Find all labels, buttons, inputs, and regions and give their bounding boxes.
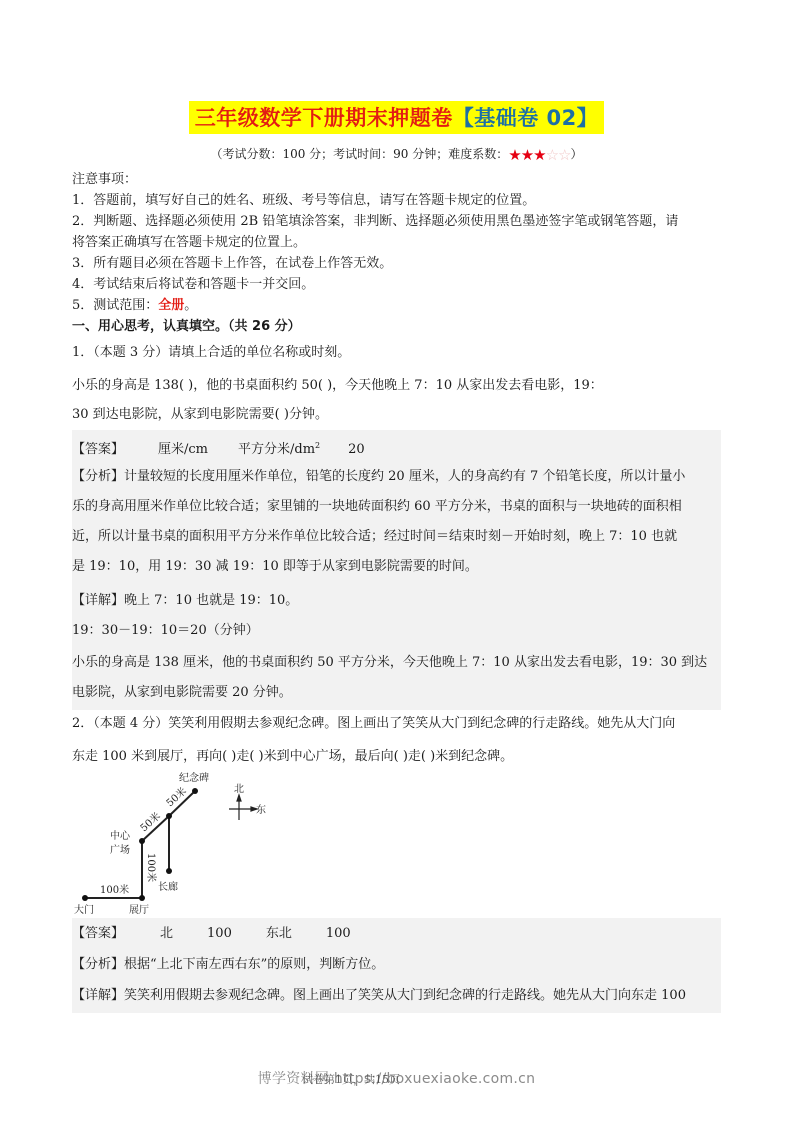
answer-value: 100 xyxy=(326,924,351,944)
detail-text: 笑笑利用假期去参观纪念碑。图上画出了笑笑从大门到纪念碑的行走路线。她先从大门向东… xyxy=(124,988,686,1003)
note-item: 4．考试结束后将试卷和答题卡一并交回。 xyxy=(72,275,314,295)
compass-east-label: 东 xyxy=(256,803,266,816)
gallery-label: 长廊 xyxy=(158,880,178,893)
q1-answer: 【答案】厘米/cm平方分米/dm220 xyxy=(72,436,365,460)
scope-value: 全册 xyxy=(158,298,184,313)
compass-north-label: 北 xyxy=(234,783,244,795)
segment-label: 100米 xyxy=(145,853,158,882)
monument-point xyxy=(192,788,198,794)
page-number: 试卷第1页，共15页 xyxy=(302,1071,400,1087)
answer-value: 东北 xyxy=(266,924,292,944)
answer-tag: 【答案】 xyxy=(72,926,124,941)
detail-tag: 【详解】 xyxy=(72,988,124,1003)
junction-point xyxy=(166,813,172,819)
answer-value: 厘米/cm xyxy=(158,440,208,460)
star-empty-icon: ☆☆ xyxy=(546,146,571,164)
scope-label: 5．测试范围： xyxy=(72,298,158,313)
q1-analysis-line: 乐的身高用厘米作单位比较合适；家里铺的一块地砖面积约 60 平方分米，书桌的面积… xyxy=(72,497,682,517)
note-scope: 5．测试范围：全册。 xyxy=(72,296,197,316)
exam-info: （考试分数：100 分；考试时间：90 分钟；难度系数：★★★☆☆） xyxy=(0,145,793,164)
answer-value: 100 xyxy=(207,924,232,944)
analysis-text: 根据“上北下南左西右东”的原则，判断方位。 xyxy=(124,957,384,972)
gate-point xyxy=(82,895,88,901)
note-item: 2．判断题、选择题必须使用 2B 铅笔填涂答案，非判断、选择题必须使用黑色墨迹签… xyxy=(72,212,678,232)
compass-icon xyxy=(229,795,257,820)
answer-value: 20 xyxy=(348,440,365,460)
analysis-tag: 【分析】 xyxy=(72,469,124,484)
difficulty-stars: ★★★☆☆ xyxy=(508,146,570,164)
q1-detail-line: 小乐的身高是 138 厘米，他的书桌面积约 50 平方分米，今天他晚上 7：10… xyxy=(72,653,707,673)
scope-end: 。 xyxy=(184,298,197,313)
segment-label: 50米 xyxy=(137,809,163,834)
q2-answer: 【答案】北100东北100 xyxy=(72,924,351,944)
analysis-tag: 【分析】 xyxy=(72,957,124,972)
hall-label: 展厅 xyxy=(129,904,149,916)
q1-line: 小乐的身高是 138( )，他的书桌面积约 50( )，今天他晚上 7：10 从… xyxy=(72,376,603,396)
answer-value: 北 xyxy=(160,924,173,944)
page-title: 三年级数学下册期末押题卷【基础卷 02】 xyxy=(189,101,605,134)
detail-tag: 【详解】 xyxy=(72,593,124,608)
q1-analysis-line: 是 19：10，用 19：30 减 19：10 即等于从家到电影院需要的时间。 xyxy=(72,557,478,577)
superscript: 2 xyxy=(315,441,320,450)
q1-stem: 1．（本题 3 分）请填上合适的单位名称或时刻。 xyxy=(72,343,350,363)
q1-detail-line: 19：30－19：10＝20（分钟） xyxy=(72,621,259,641)
exam-page: 三年级数学下册期末押题卷【基础卷 02】 （考试分数：100 分；考试时间：90… xyxy=(0,0,793,1122)
star-filled-icon: ★★★ xyxy=(508,146,545,164)
notes-heading: 注意事项： xyxy=(72,170,137,190)
gallery-point xyxy=(166,868,172,874)
detail-text: 晚上 7：10 也就是 19：10。 xyxy=(124,593,298,608)
section-heading: 一、用心思考，认真填空。（共 26 分） xyxy=(72,317,301,337)
answer-value: 平方分米/dm2 xyxy=(238,436,320,460)
plaza-label: 广场 xyxy=(110,843,130,856)
note-item: 3．所有题目必须在答题卡上作答，在试卷上作答无效。 xyxy=(72,254,392,274)
exam-info-text: （考试分数：100 分；考试时间：90 分钟；难度系数： xyxy=(210,147,508,161)
q2-stem-line: 东走 100 米到展厅，再向( )走( )米到中心广场，最后向( )走( )米到… xyxy=(72,747,513,767)
title-volume: 【基础卷 02】 xyxy=(453,106,599,130)
q1-analysis-line: 近，所以计量书桌的面积用平方分米作单位比较合适；经过时间＝结束时刻－开始时刻，晚… xyxy=(72,527,677,547)
note-item: 1．答题前，填写好自己的姓名、班级、考号等信息，请写在答题卡规定的位置。 xyxy=(72,191,535,211)
q2-detail: 【详解】笑笑利用假期去参观纪念碑。图上画出了笑笑从大门到纪念碑的行走路线。她先从… xyxy=(72,986,686,1006)
q1-detail: 【详解】晚上 7：10 也就是 19：10。 xyxy=(72,591,298,611)
route-diagram: 北 东 纪念碑 中心 广场 长廊 大门 展厅 100米 100米 50米 50米 xyxy=(72,770,272,920)
note-item: 将答案正确填写在答题卡规定的位置上。 xyxy=(72,233,306,253)
plaza-point xyxy=(139,838,145,844)
q2-stem: 2．（本题 4 分）笑笑利用假期去参观纪念碑。图上画出了笑笑从大门到纪念碑的行走… xyxy=(72,714,675,734)
segment-label: 50米 xyxy=(163,784,189,809)
segment-label: 100米 xyxy=(100,883,129,896)
title-main: 三年级数学下册期末押题卷 xyxy=(195,106,453,130)
hall-point xyxy=(139,895,145,901)
q1-analysis: 【分析】计量较短的长度用厘米作单位，铅笔的长度约 20 厘米，人的身高约有 7 … xyxy=(72,467,685,487)
answer-text: 平方分米/dm xyxy=(238,442,315,457)
analysis-text: 计量较短的长度用厘米作单位，铅笔的长度约 20 厘米，人的身高约有 7 个铅笔长… xyxy=(124,469,685,484)
q1-line: 30 到达电影院，从家到电影院需要( )分钟。 xyxy=(72,405,328,425)
q1-detail-line: 电影院，从家到电影院需要 20 分钟。 xyxy=(72,683,292,703)
title-container: 三年级数学下册期末押题卷【基础卷 02】 xyxy=(0,101,793,134)
answer-tag: 【答案】 xyxy=(72,442,124,457)
exam-info-close: ） xyxy=(571,147,583,161)
q2-analysis: 【分析】根据“上北下南左西右东”的原则，判断方位。 xyxy=(72,955,384,975)
plaza-label: 中心 xyxy=(110,829,131,842)
gate-label: 大门 xyxy=(74,903,94,916)
monument-label: 纪念碑 xyxy=(179,771,209,784)
